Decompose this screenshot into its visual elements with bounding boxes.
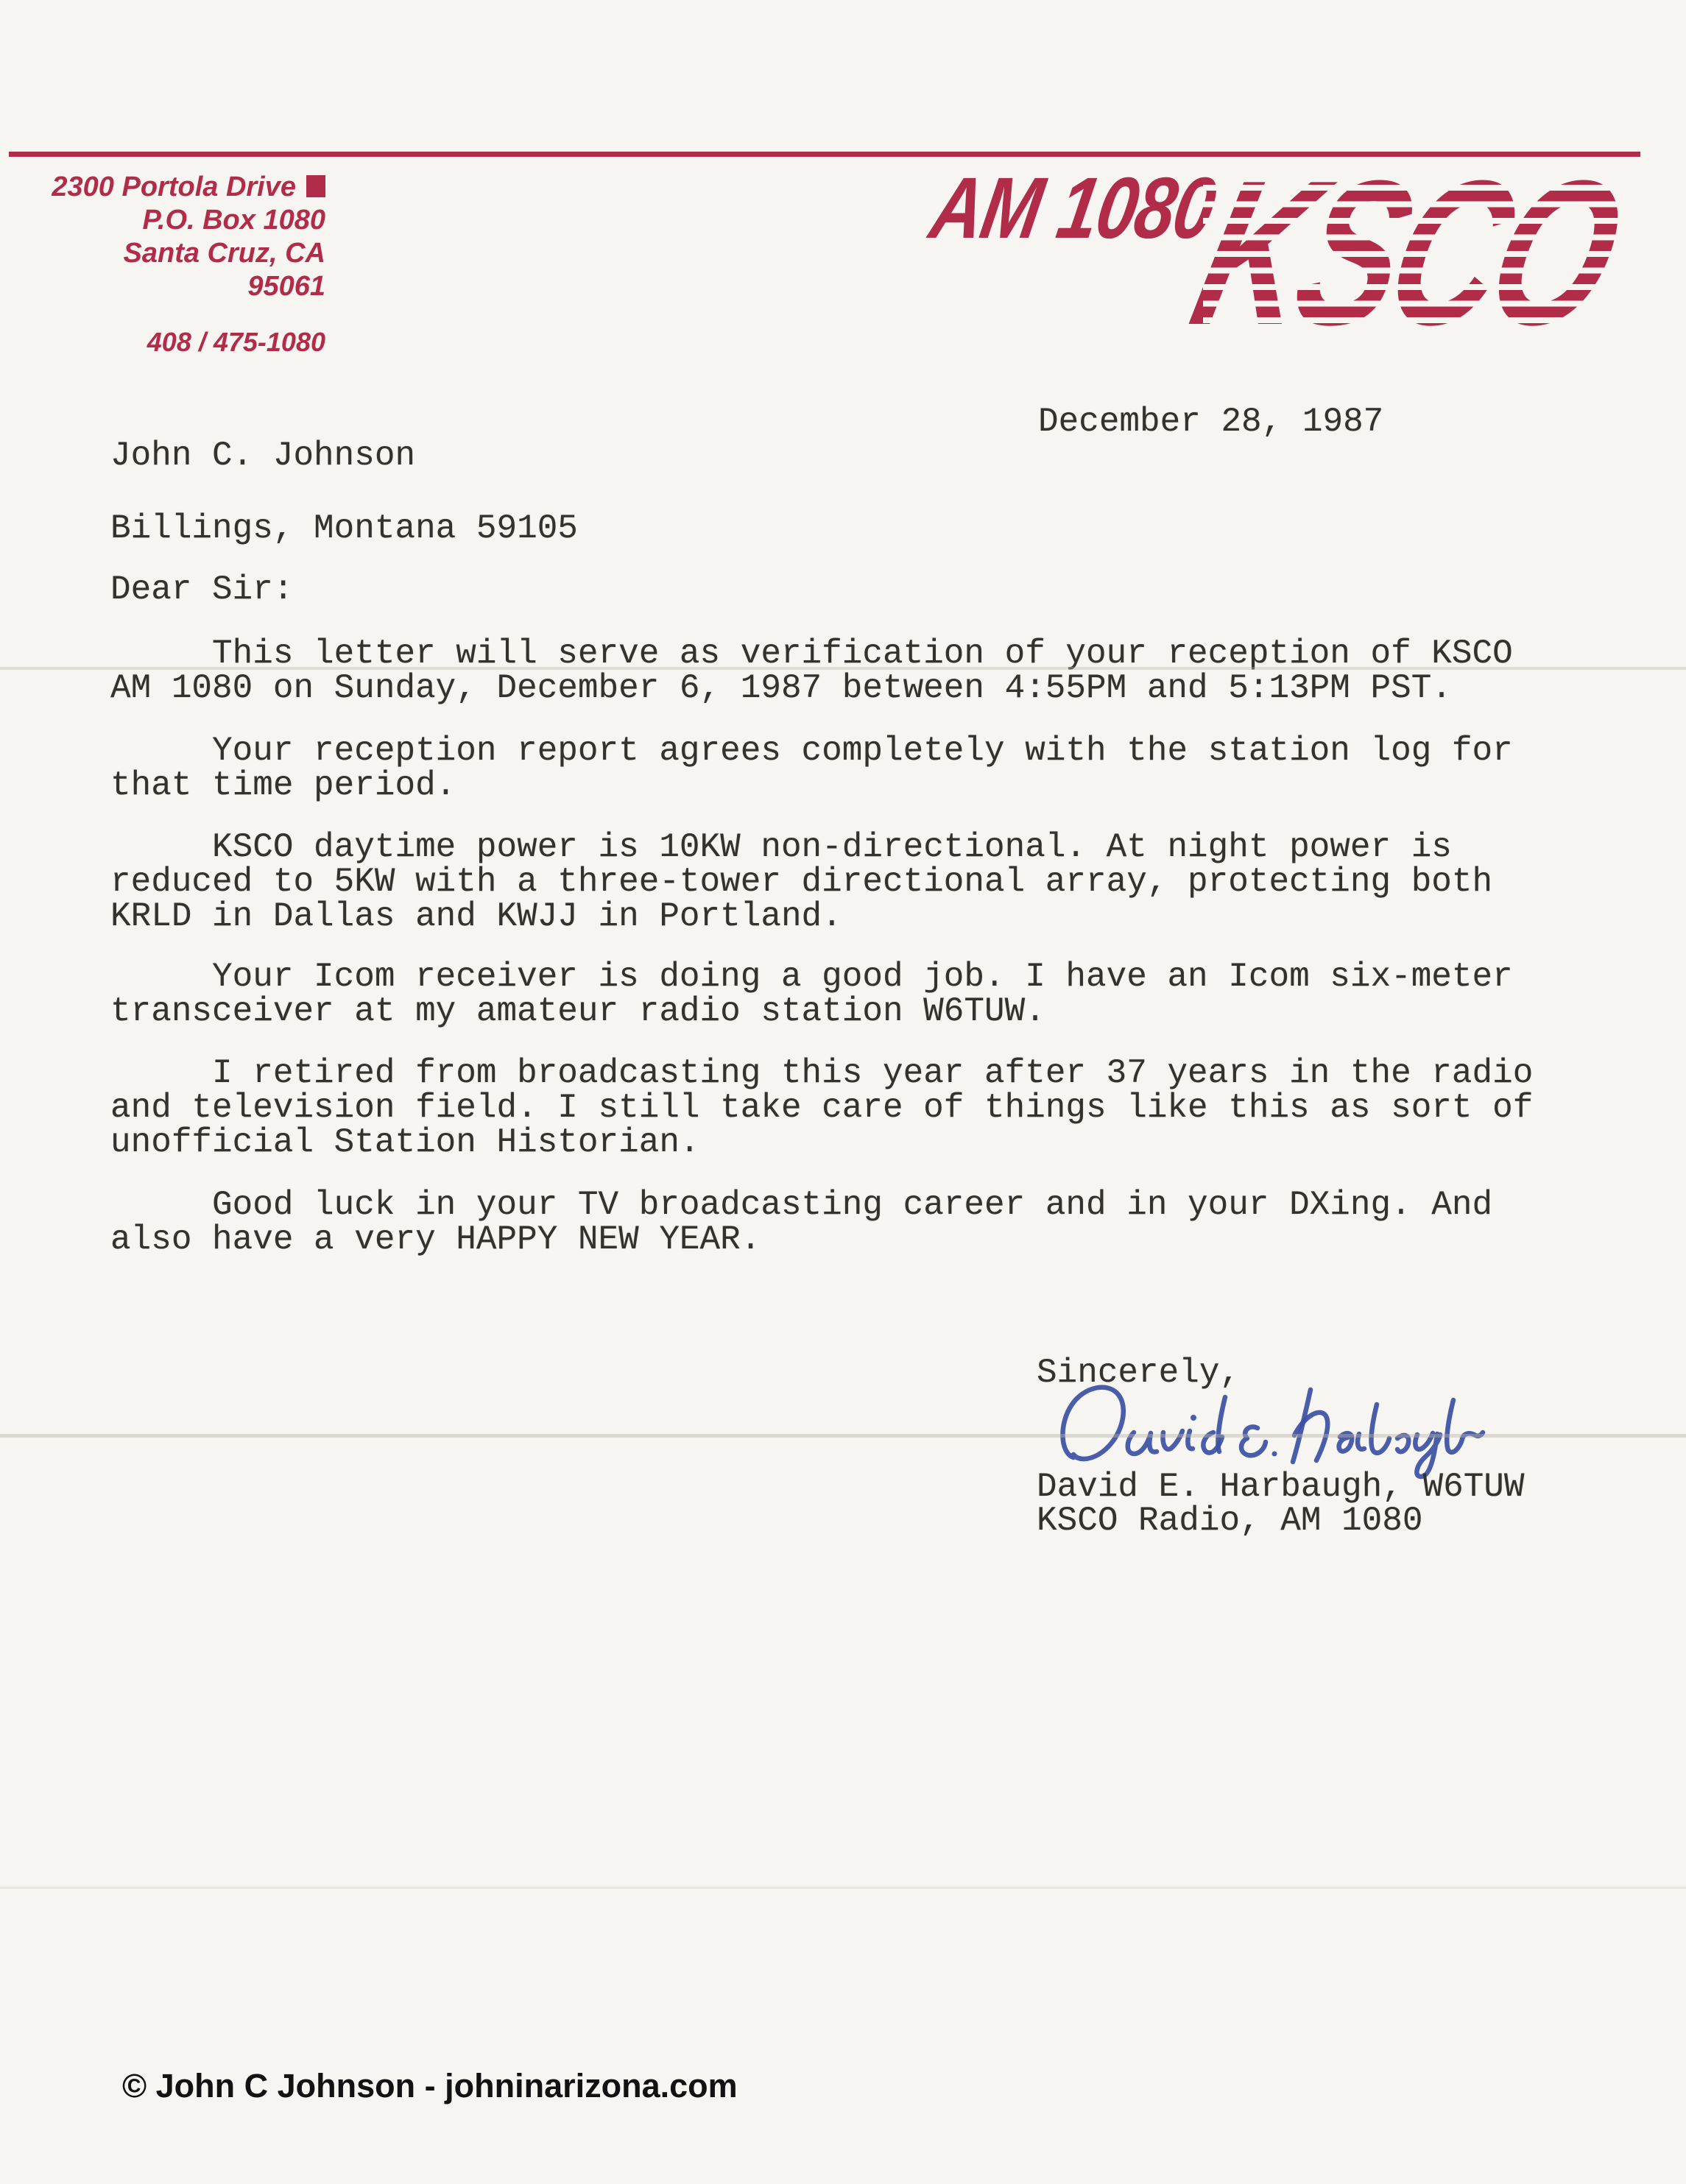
letterhead-address-block: 2300 Portola Drive P.O. Box 1080 Santa C…	[44, 171, 325, 358]
body-paragraph-4: Your Icom receiver is doing a good job. …	[110, 960, 1513, 1029]
address-line-1-text: 2300 Portola Drive	[52, 172, 296, 202]
paper-crease-bottom	[0, 1887, 1686, 1889]
letterhead-phone: 408 / 475-1080	[44, 325, 325, 358]
body-paragraph-3: KSCO daytime power is 10KW non-direction…	[110, 830, 1492, 934]
recipient-city: Billings, Montana 59105	[110, 512, 578, 546]
logo-stripe-overlay	[1203, 158, 1645, 343]
body-paragraph-2: Your reception report agrees completely …	[110, 734, 1513, 803]
square-bullet-icon	[306, 175, 325, 197]
paper-crease-top	[0, 667, 1686, 670]
address-line-3: Santa Cruz, CA 95061	[44, 237, 325, 303]
signature-typed-name: David E. Harbaugh, W6TUW	[1037, 1470, 1525, 1505]
address-line-2: P.O. Box 1080	[44, 204, 325, 237]
logo-am-1080: AM 1080	[925, 165, 1221, 252]
scanned-letter-page: 2300 Portola Drive P.O. Box 1080 Santa C…	[0, 0, 1686, 2184]
address-line-1: 2300 Portola Drive	[44, 171, 325, 204]
body-paragraph-1: This letter will serve as verification o…	[110, 637, 1513, 706]
paper-crease-middle	[0, 1434, 1686, 1438]
letter-date: December 28, 1987	[1038, 405, 1383, 439]
body-paragraph-5: I retired from broadcasting this year af…	[110, 1056, 1533, 1160]
salutation: Dear Sir:	[110, 573, 293, 607]
recipient-name: John C. Johnson	[110, 439, 415, 473]
signature-typed-org: KSCO Radio, AM 1080	[1037, 1504, 1423, 1538]
copyright-watermark: © John C Johnson - johninarizona.com	[122, 2067, 738, 2105]
body-paragraph-6: Good luck in your TV broadcasting career…	[110, 1188, 1492, 1257]
